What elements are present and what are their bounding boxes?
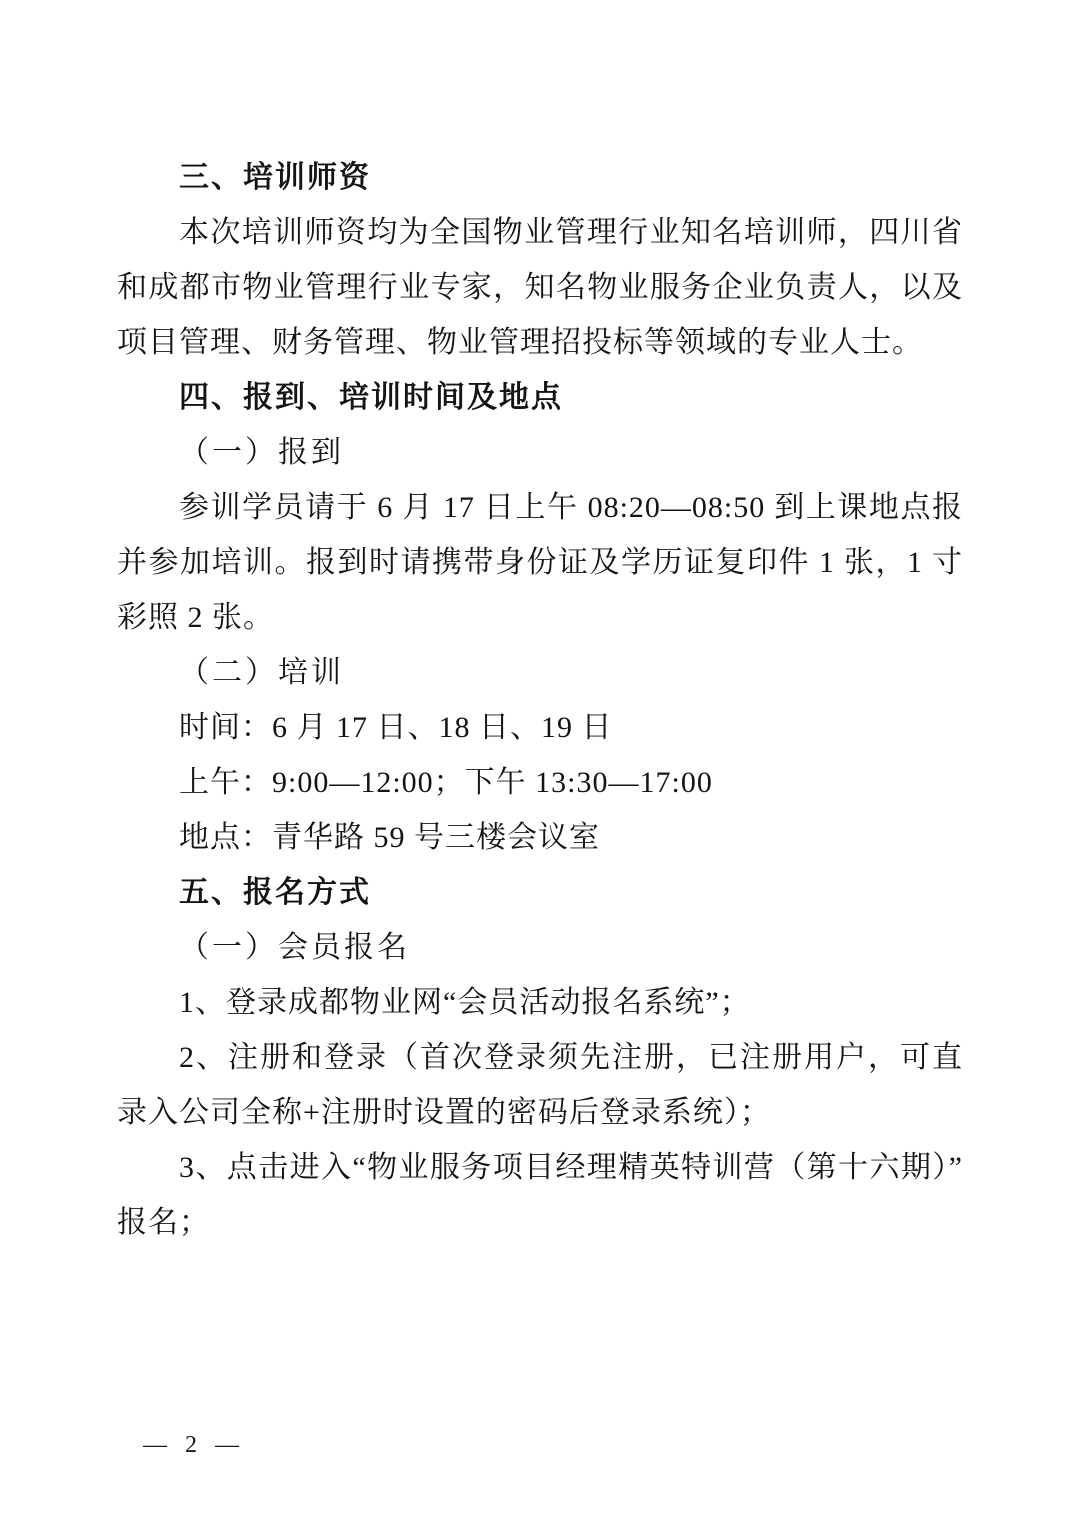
body-line: 和成都市物业管理行业专家，知名物业服务企业负责人，以及 [117,260,963,315]
document-body: 三、培训师资本次培训师资均为全国物业管理行业知名培训师，四川省和成都市物业管理行… [117,150,963,1250]
document-page: 三、培训师资本次培训师资均为全国物业管理行业知名培训师，四川省和成都市物业管理行… [0,0,1080,1527]
section-heading: 四、报到、培训时间及地点 [117,370,963,425]
body-line: 时间：6 月 17 日、18 日、19 日 [117,700,963,755]
body-line: 项目管理、财务管理、物业管理招投标等领域的专业人士。 [117,315,963,370]
sub-heading: （一）报到 [117,425,963,480]
body-line: 2、注册和登录（首次登录须先注册，已注册用户，可直接 [117,1030,963,1085]
body-line: 上午：9:00—12:00；下午 13:30—17:00 [117,755,963,810]
body-line: 彩照 2 张。 [117,590,963,645]
sub-heading: （一）会员报名 [117,920,963,975]
body-line: 报名； [117,1195,963,1250]
section-heading: 三、培训师资 [117,150,963,205]
sub-heading: （二）培训 [117,645,963,700]
body-line: 3、点击进入“物业服务项目经理精英特训营（第十六期）” [117,1140,963,1195]
page-number: — 2 — [143,1425,245,1465]
body-line: 地点：青华路 59 号三楼会议室 [117,810,963,865]
body-line: 录入公司全称+注册时设置的密码后登录系统）； [117,1085,963,1140]
body-line: 参训学员请于 6 月 17 日上午 08:20—08:50 到上课地点报到 [117,480,963,535]
body-line: 并参加培训。报到时请携带身份证及学历证复印件 1 张，1 寸 [117,535,963,590]
body-line: 本次培训师资均为全国物业管理行业知名培训师，四川省 [117,205,963,260]
section-heading: 五、报名方式 [117,865,963,920]
body-line: 1、登录成都物业网“会员活动报名系统”； [117,975,963,1030]
